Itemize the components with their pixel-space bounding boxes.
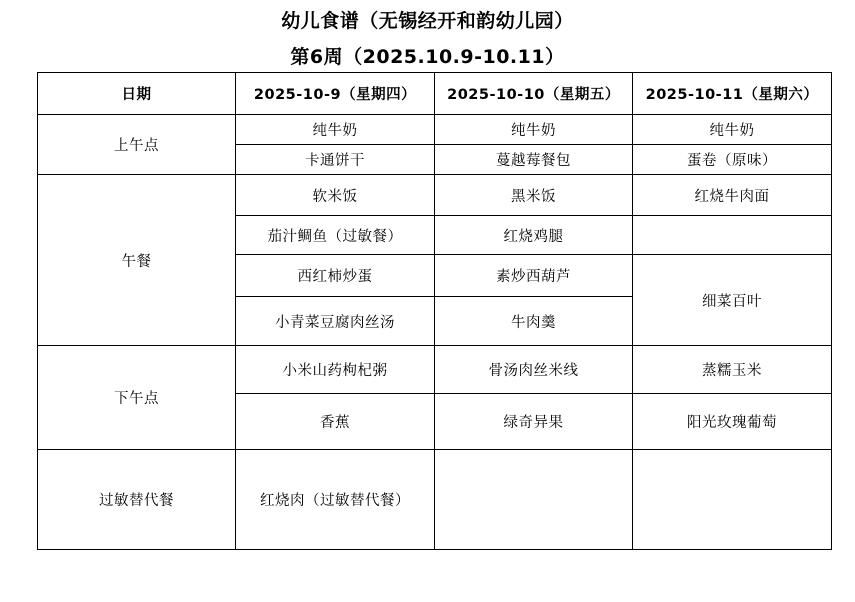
menu-cell: 红烧牛肉面 (633, 175, 832, 216)
menu-cell (633, 450, 832, 550)
section-label-lunch: 午餐 (38, 175, 236, 346)
menu-cell (435, 450, 633, 550)
header-day-2: 2025-10-10（星期五） (435, 73, 633, 115)
menu-cell: 纯牛奶 (435, 115, 633, 145)
header-date-label: 日期 (38, 73, 236, 115)
menu-cell: 纯牛奶 (236, 115, 435, 145)
section-label-morning-snack: 上午点 (38, 115, 236, 175)
menu-cell: 红烧肉（过敏替代餐） (236, 450, 435, 550)
menu-cell: 红烧鸡腿 (435, 216, 633, 255)
menu-table: 日期 2025-10-9（星期四） 2025-10-10（星期五） 2025-1… (37, 72, 832, 550)
menu-cell: 香蕉 (236, 394, 435, 450)
table-row: 过敏替代餐 红烧肉（过敏替代餐） (38, 450, 832, 550)
menu-cell (633, 216, 832, 255)
menu-cell: 软米饭 (236, 175, 435, 216)
menu-cell: 小米山药枸杞粥 (236, 346, 435, 394)
header-day-1: 2025-10-9（星期四） (236, 73, 435, 115)
menu-cell: 纯牛奶 (633, 115, 832, 145)
table-row: 下午点 小米山药枸杞粥 骨汤肉丝米线 蒸糯玉米 (38, 346, 832, 394)
menu-cell: 骨汤肉丝米线 (435, 346, 633, 394)
table-row: 上午点 纯牛奶 纯牛奶 纯牛奶 (38, 115, 832, 145)
document-title: 幼儿食谱（无锡经开和韵幼儿园） (0, 9, 855, 33)
header-row: 日期 2025-10-9（星期四） 2025-10-10（星期五） 2025-1… (38, 73, 832, 115)
menu-cell: 卡通饼干 (236, 145, 435, 175)
menu-cell: 细菜百叶 (633, 255, 832, 346)
menu-cell: 西红柿炒蛋 (236, 255, 435, 297)
section-label-allergy-substitute: 过敏替代餐 (38, 450, 236, 550)
table-row: 午餐 软米饭 黑米饭 红烧牛肉面 (38, 175, 832, 216)
menu-cell: 阳光玫瑰葡萄 (633, 394, 832, 450)
menu-cell: 茄汁鲷鱼（过敏餐） (236, 216, 435, 255)
menu-cell: 小青菜豆腐肉丝汤 (236, 297, 435, 346)
menu-cell: 牛肉羹 (435, 297, 633, 346)
section-label-afternoon-snack: 下午点 (38, 346, 236, 450)
menu-cell: 蒸糯玉米 (633, 346, 832, 394)
menu-cell: 蛋卷（原味） (633, 145, 832, 175)
document-subtitle: 第6周（2025.10.9-10.11） (0, 45, 855, 69)
menu-cell: 素炒西葫芦 (435, 255, 633, 297)
menu-cell: 蔓越莓餐包 (435, 145, 633, 175)
menu-cell: 黑米饭 (435, 175, 633, 216)
menu-cell: 绿奇异果 (435, 394, 633, 450)
header-day-3: 2025-10-11（星期六） (633, 73, 832, 115)
